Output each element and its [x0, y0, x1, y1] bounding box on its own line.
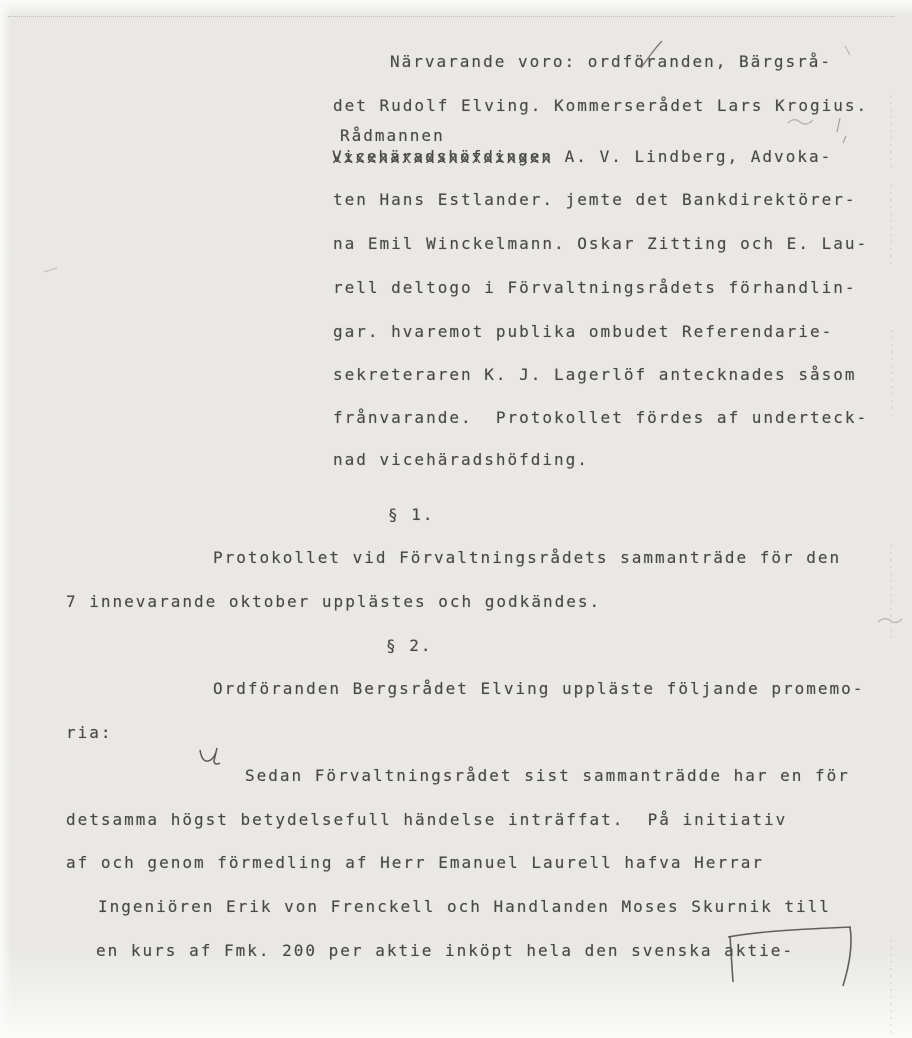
- text-line: 7 innevarande oktober upplästes och godk…: [66, 592, 601, 612]
- overstruck-word: Vicehäradshöfdingenxxxxxxxxxxxxxxxxxxx: [332, 147, 553, 167]
- text-line: Ingeniören Erik von Frenckell och Handla…: [98, 897, 831, 917]
- document-page: Närvarande voro: ordföranden, Bärgsrå-de…: [0, 0, 912, 1038]
- text-line: frånvarande. Protokollet fördes af under…: [333, 408, 868, 428]
- text-line: Ordföranden Bergsrådet Elving uppläste f…: [213, 679, 864, 699]
- text-line: gar. hvaremot publika ombudet Referendar…: [333, 322, 833, 342]
- overstrike-x-characters: xxxxxxxxxxxxxxxxxxx: [332, 148, 553, 168]
- page-top-edge-line: [8, 16, 894, 17]
- pencil-dash-mark: [44, 268, 57, 272]
- pencil-box-right-stroke: [843, 927, 851, 986]
- handwritten-u-mark: [200, 748, 220, 764]
- text-line: detsamma högst betydelsefull händelse in…: [66, 810, 787, 830]
- text-line: Rådmannen: [340, 126, 445, 146]
- text-line: nad vicehäradshöfding.: [333, 450, 589, 470]
- pencil-tilde-mark-2: [878, 619, 902, 623]
- struck-out-word-line: Vicehäradshöfdingenxxxxxxxxxxxxxxxxxxx A…: [332, 147, 832, 167]
- pencil-tilde-mark: [788, 120, 813, 124]
- text-line: ten Hans Estlander. jemte det Bankdirekt…: [333, 190, 856, 210]
- text-line: en kurs af Fmk. 200 per aktie inköpt hel…: [96, 941, 794, 961]
- text-line: af och genom förmedling af Herr Emanuel …: [66, 853, 764, 873]
- text-line: rell deltogo i Förvaltningsrådets förhan…: [333, 278, 856, 298]
- text-line: na Emil Winckelmann. Oskar Zitting och E…: [333, 234, 868, 254]
- text-line: ria:: [66, 723, 113, 743]
- text-line: Protokollet vid Förvaltningsrådets samma…: [213, 548, 841, 568]
- text-line: det Rudolf Elving. Kommerserådet Lars Kr…: [333, 96, 868, 116]
- text-line: § 2.: [386, 636, 433, 656]
- struck-line-rest: A. V. Lindberg, Advoka-: [553, 147, 832, 166]
- text-line: Närvarande voro: ordföranden, Bärgsrå-: [390, 52, 832, 72]
- text-line: § 1.: [388, 505, 435, 525]
- text-line: Sedan Förvaltningsrådet sist sammanträdd…: [245, 766, 850, 786]
- pencil-box-top-stroke: [728, 927, 851, 937]
- pencil-number-mark: [837, 118, 846, 143]
- scan-edge-dashes: [891, 95, 892, 1035]
- text-line: sekreteraren K. J. Lagerlöf antecknades …: [333, 365, 856, 385]
